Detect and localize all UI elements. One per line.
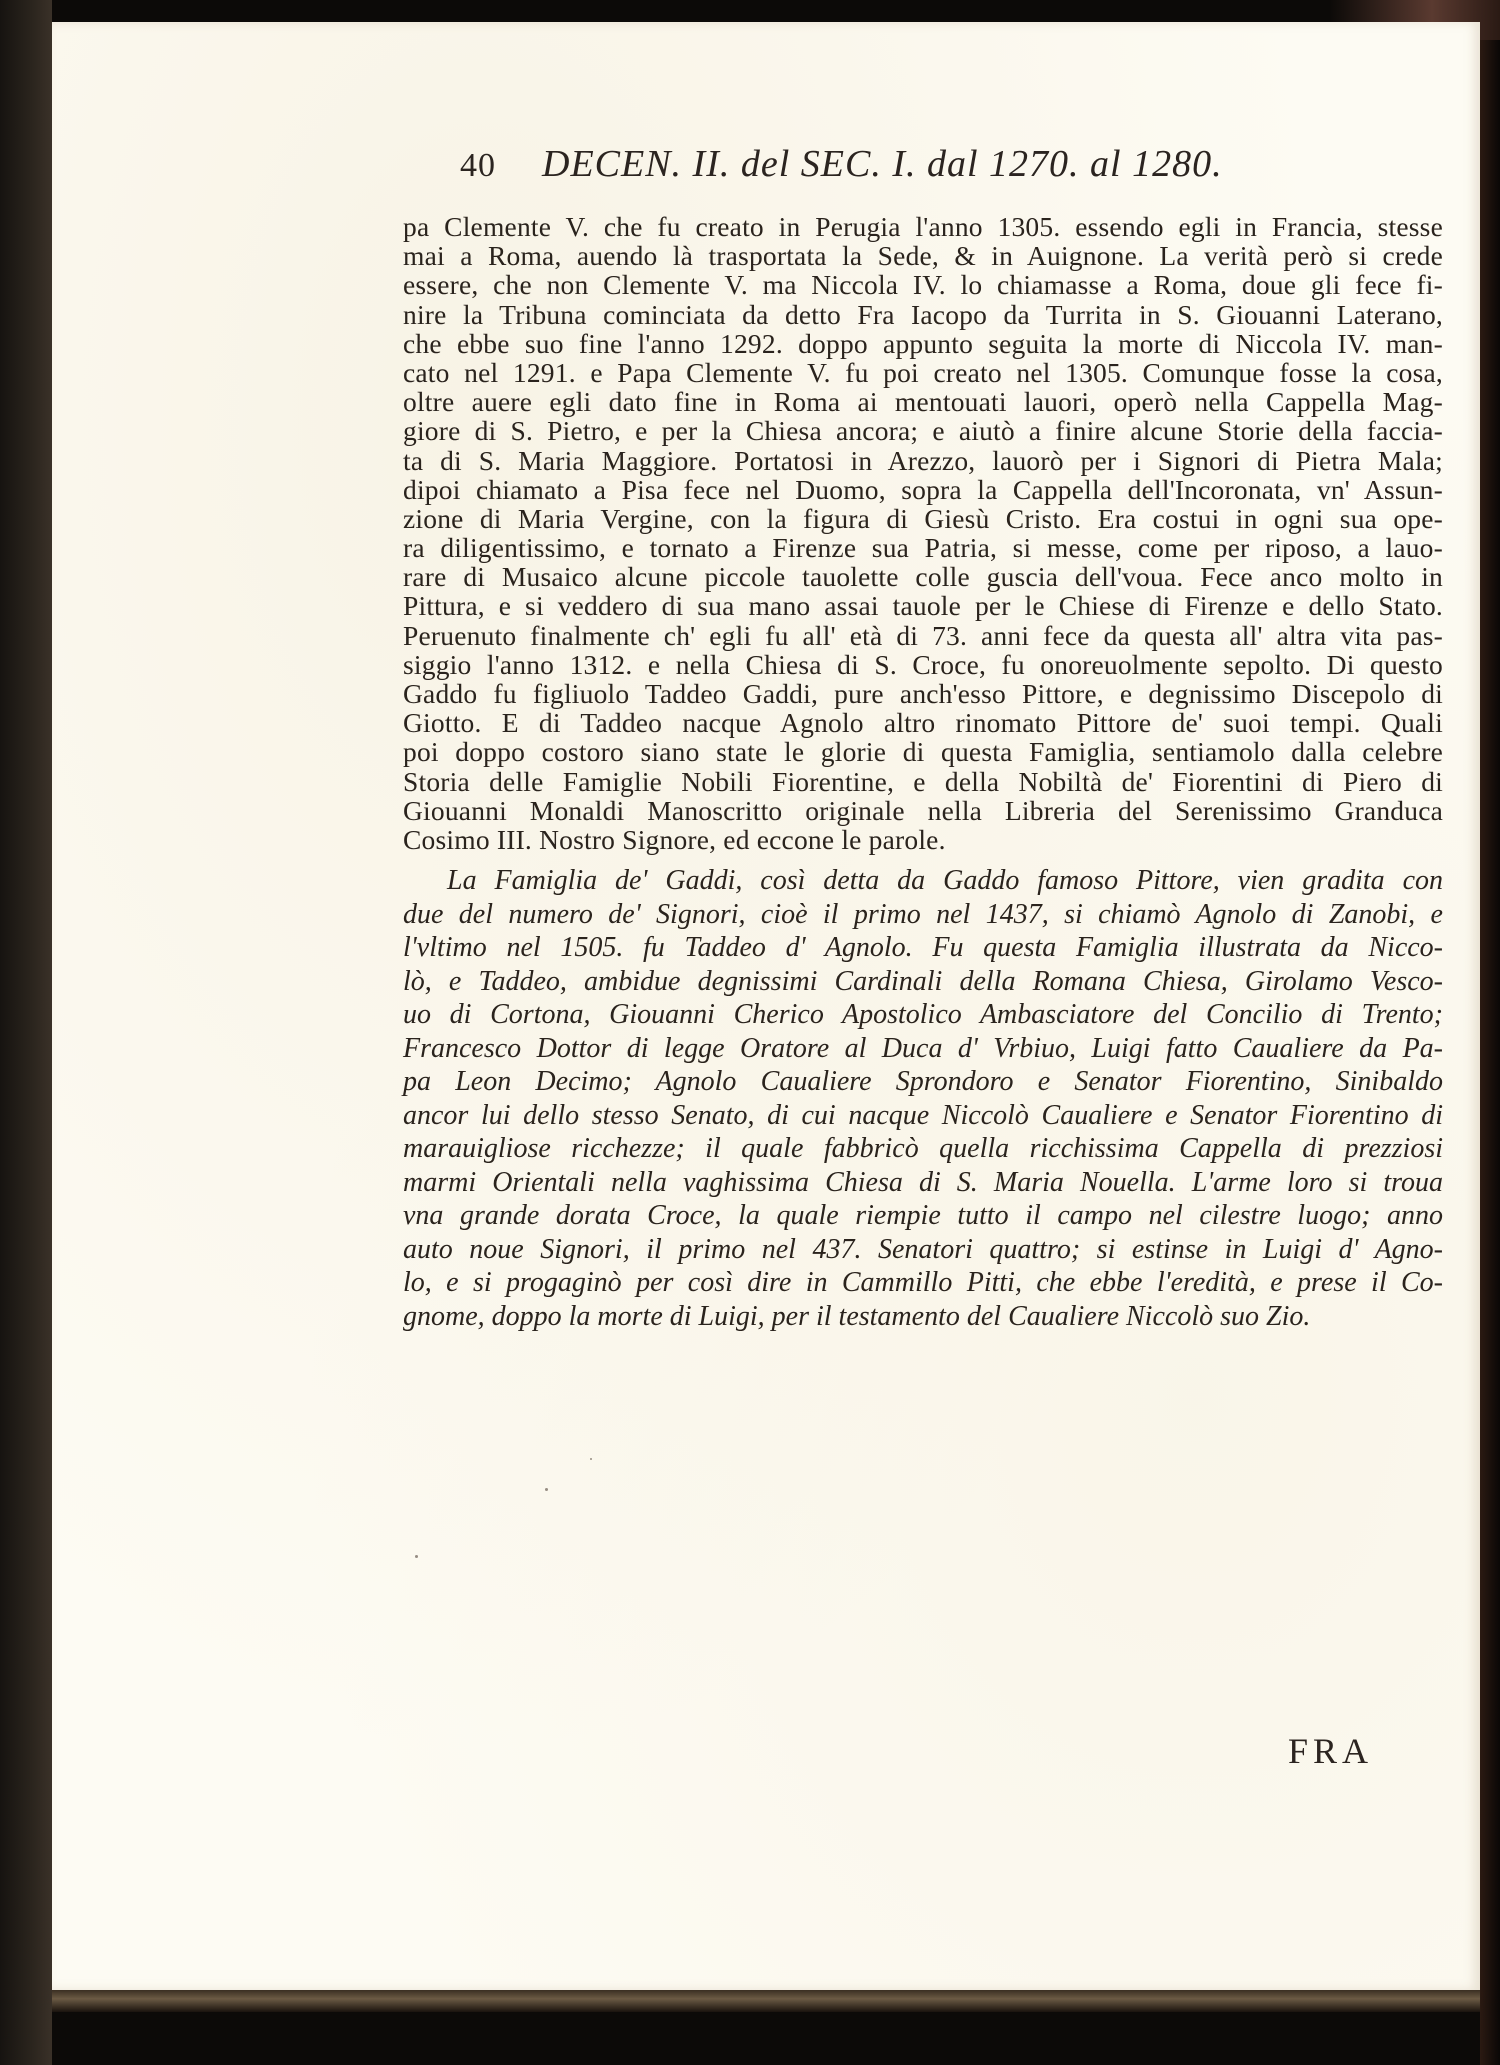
- text-line: Giouanni Monaldi Manoscritto originale n…: [403, 796, 1443, 825]
- quote-line: Francesco Dottor di legge Oratore al Duc…: [403, 1032, 1443, 1066]
- text-line: pa Clemente V. che fu creato in Perugia …: [403, 212, 1443, 241]
- quote-line: vna grande dorata Croce, la quale riempi…: [403, 1199, 1443, 1233]
- scan-background-left: [0, 0, 52, 2065]
- scan-background-right: [1480, 0, 1500, 2065]
- italic-quotation: La Famiglia de' Gaddi, così detta da Gad…: [403, 864, 1443, 1333]
- text-line: Pittura, e si veddero di sua mano assai …: [403, 591, 1443, 620]
- quote-line: lo, e si progaginò per così dire in Camm…: [403, 1266, 1443, 1300]
- quote-line: lò, e Taddeo, ambidue degnissimi Cardina…: [403, 965, 1443, 999]
- text-line: essere, che non Clemente V. ma Niccola I…: [403, 270, 1443, 299]
- page-bottom-edge: [52, 1990, 1480, 2012]
- ink-speck: [545, 1488, 548, 1491]
- quote-line: uo di Cortona, Giouanni Cherico Apostoli…: [403, 998, 1443, 1032]
- quote-line: marauigliose ricchezze; il quale fabbric…: [403, 1132, 1443, 1166]
- text-line: Cosimo III. Nostro Signore, ed eccone le…: [403, 825, 1443, 854]
- text-line: mai a Roma, auendo là trasportata la Sed…: [403, 241, 1443, 270]
- text-line: nire la Tribuna cominciata da detto Fra …: [403, 300, 1443, 329]
- body-text: pa Clemente V. che fu creato in Perugia …: [403, 212, 1443, 1333]
- quote-line: due del numero de' Signori, cioè il prim…: [403, 898, 1443, 932]
- text-line: che ebbe suo fine l'anno 1292. doppo app…: [403, 329, 1443, 358]
- ink-speck: [415, 1555, 418, 1558]
- quote-line: marmi Orientali nella vaghissima Chiesa …: [403, 1166, 1443, 1200]
- text-line: Peruenuto finalmente ch' egli fu all' et…: [403, 621, 1443, 650]
- quote-line: l'vltimo nel 1505. fu Taddeo d' Agnolo. …: [403, 931, 1443, 965]
- running-head: 40 DECEN. II. del SEC. I. dal 1270. al 1…: [460, 142, 1360, 202]
- text-line: giore di S. Pietro, e per la Chiesa anco…: [403, 416, 1443, 445]
- text-line: Gaddo fu figliuolo Taddeo Gaddi, pure an…: [403, 679, 1443, 708]
- text-line: oltre auere egli dato fine in Roma ai me…: [403, 387, 1443, 416]
- text-line: cato nel 1291. e Papa Clemente V. fu poi…: [403, 358, 1443, 387]
- quote-line: pa Leon Decimo; Agnolo Caualiere Sprondo…: [403, 1065, 1443, 1099]
- quote-line: gnome, doppo la morte di Luigi, per il t…: [403, 1300, 1443, 1334]
- roman-paragraph: pa Clemente V. che fu creato in Perugia …: [403, 212, 1443, 854]
- quote-line: auto noue Signori, il primo nel 437. Sen…: [403, 1233, 1443, 1267]
- text-line: Giotto. E di Taddeo nacque Agnolo altro …: [403, 708, 1443, 737]
- page-number: 40: [460, 147, 496, 184]
- text-line: ra diligentissimo, e tornato a Firenze s…: [403, 533, 1443, 562]
- text-line: ta di S. Maria Maggiore. Portatosi in Ar…: [403, 446, 1443, 475]
- text-line: poi doppo costoro siano state le glorie …: [403, 737, 1443, 766]
- text-line: Storia delle Famiglie Nobili Fiorentine,…: [403, 767, 1443, 796]
- quote-line: ancor lui dello stesso Senato, di cui na…: [403, 1099, 1443, 1133]
- text-line: rare di Musaico alcune piccole tauolette…: [403, 562, 1443, 591]
- text-line: dipoi chiamato a Pisa fece nel Duomo, so…: [403, 475, 1443, 504]
- ink-speck: [590, 1458, 592, 1460]
- text-line: zione di Maria Vergine, con la figura di…: [403, 504, 1443, 533]
- catchword: FRA: [1288, 1730, 1373, 1772]
- text-line: siggio l'anno 1312. e nella Chiesa di S.…: [403, 650, 1443, 679]
- quote-line: La Famiglia de' Gaddi, così detta da Gad…: [403, 864, 1443, 898]
- running-head-title: DECEN. II. del SEC. I. dal 1270. al 1280…: [542, 143, 1223, 185]
